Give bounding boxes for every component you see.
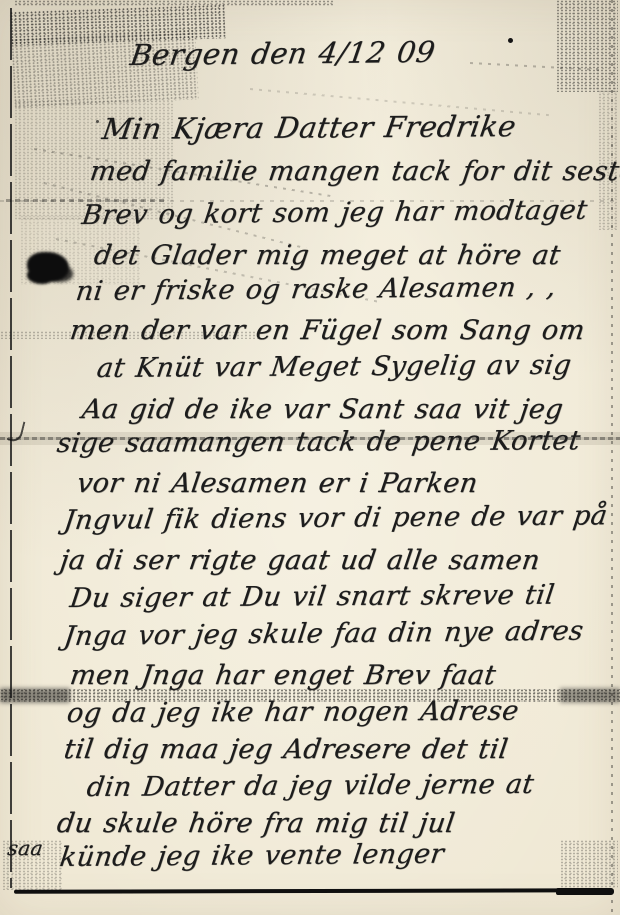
letter-line: og da jeg ike har nogen Adrese — [65, 696, 521, 729]
letter-line: med familie mangen tack for dit seste — [88, 156, 620, 187]
letter-line: künde jeg ike vente lenger — [58, 839, 446, 873]
letter-line: at Knüt var Meget Sygelig av sig — [95, 350, 573, 384]
letter-line: Aa gid de ike var Sant saa vit jeg — [80, 394, 565, 425]
letter-line: du skule höre fra mig til jul — [55, 808, 457, 839]
letter-line: vor ni Alesamen er i Parken — [75, 468, 480, 499]
letter-line: Jngvul fik diens vor di pene de var på — [62, 500, 609, 536]
letter-line: til dig maa jeg Adresere det til — [62, 734, 510, 765]
letter-line: men der var en Fügel som Sang om — [68, 315, 587, 346]
ink-speck — [508, 38, 513, 43]
ink-blot — [27, 252, 69, 282]
letter-line: Brev og kort som jeg har modtaget — [80, 195, 589, 231]
letter-line: ni er friske og raske Alesamen , , — [74, 272, 558, 307]
letter-line: Du siger at Du vil snart skreve til — [68, 580, 556, 614]
letter-dateline: Bergen den 4/12 09 — [128, 35, 438, 72]
scanned-letter-page: Bergen den 4/12 09 Min Kjæra Datter Fred… — [0, 0, 620, 915]
scan-right-edge-line — [611, 0, 613, 915]
stain-top-right — [556, 0, 618, 92]
scan-bottom-edge-line — [14, 888, 613, 894]
letter-line: din Datter da jeg vilde jerne at — [85, 769, 536, 803]
letter-line: Jnga vor jeg skule faa din nye adres — [62, 616, 585, 652]
scan-bottom-edge-line — [556, 888, 614, 895]
letter-line: det Glader mig meget at höre at — [92, 240, 562, 271]
letter-line: ja di ser rigte gaat ud alle samen — [58, 545, 542, 576]
letter-line: sige saamangen tack de pene Kortet — [55, 425, 582, 459]
scan-left-edge-line — [10, 8, 12, 888]
letter-margin-word: saa — [6, 836, 45, 860]
stain-bottom-right — [560, 840, 618, 888]
letter-line: men Jnga har enget Brev faat — [68, 660, 498, 691]
letter-salutation: Min Kjæra Datter Fredrike — [100, 109, 518, 146]
ink-speck — [96, 120, 99, 123]
